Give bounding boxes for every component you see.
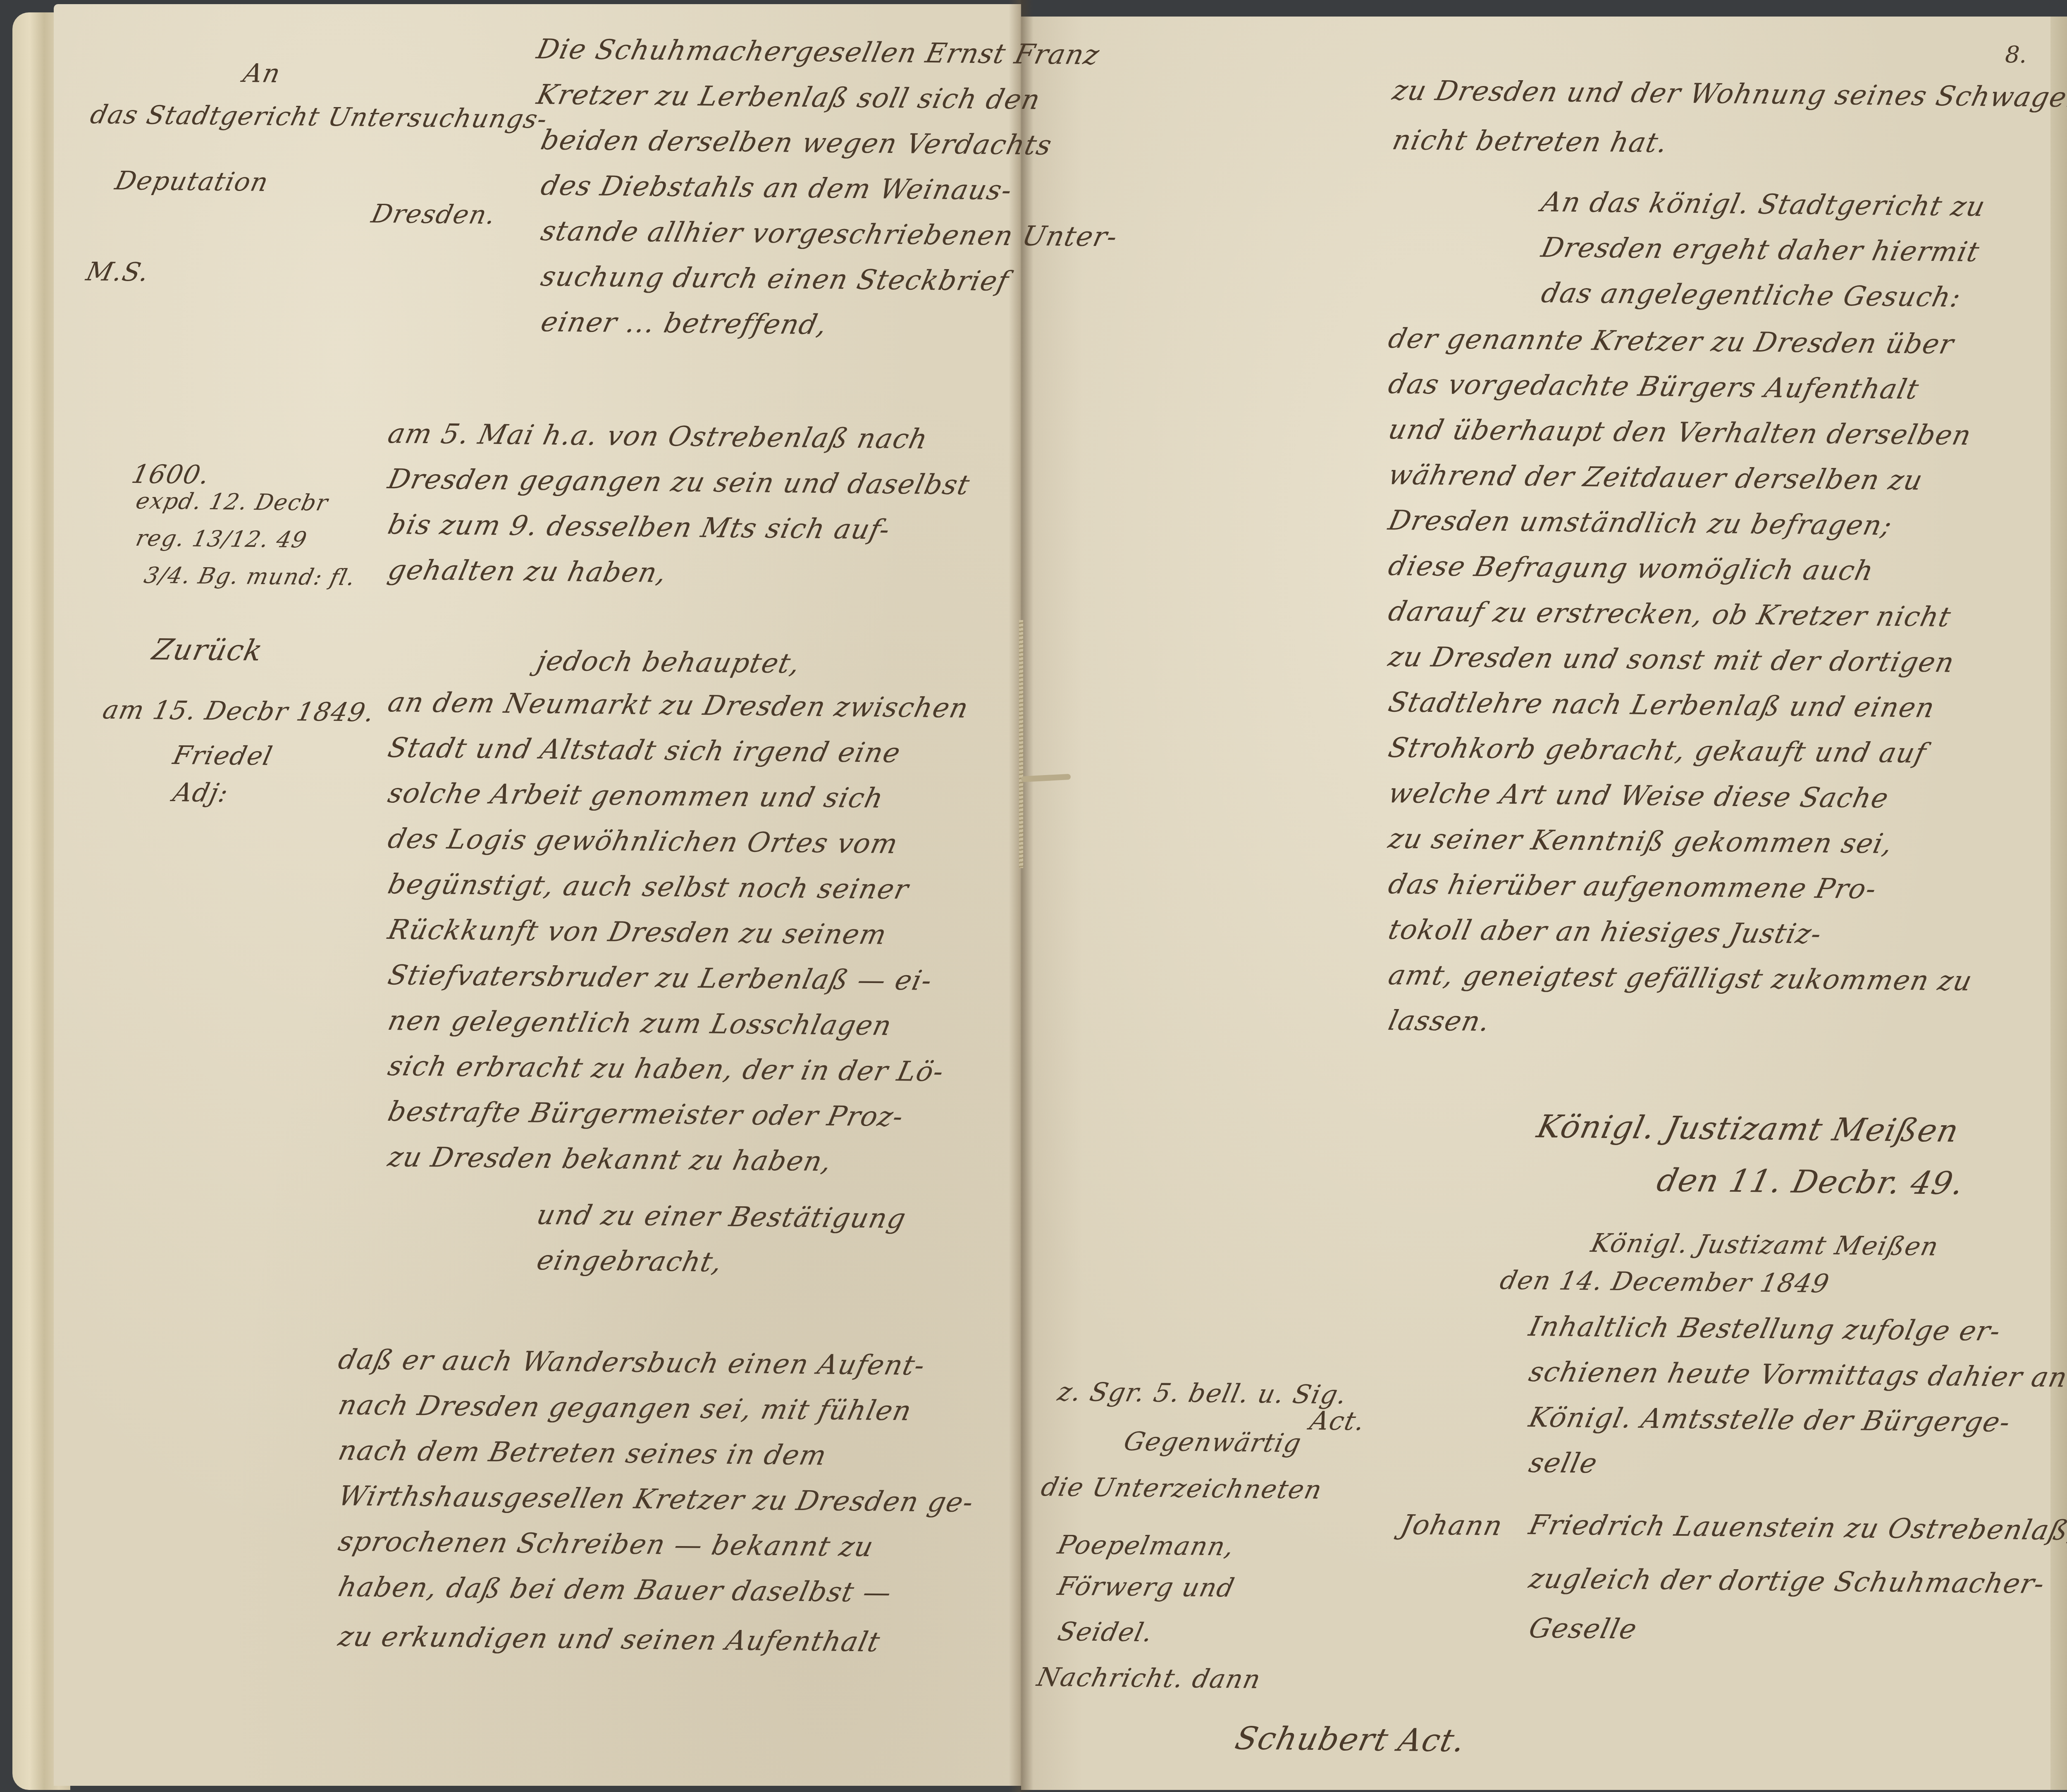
margin-fee-note: 3/4. Bg. mund: fl. xyxy=(142,562,358,590)
right-line: und überhaupt den Verhalten derselben xyxy=(1385,413,1974,451)
margin-place: Dresden. xyxy=(369,198,499,230)
right-line: das hierüber aufgenommene Pro- xyxy=(1385,868,1880,905)
left-line: sprochenen Schreiben — bekannt zu xyxy=(335,1525,877,1563)
left-line: des Diebstahls an dem Weinaus- xyxy=(538,169,1015,206)
closing-line: Königl. Amtsstelle der Bürgerge- xyxy=(1526,1401,2014,1438)
present-heading: Gegenwärtig xyxy=(1121,1426,1305,1458)
left-line: zu erkundigen und seinen Aufenthalt xyxy=(335,1620,883,1658)
right-line: Strohkorb gebracht, gekauft und auf xyxy=(1385,732,1929,769)
center-closing: Nachricht. dann xyxy=(1034,1662,1264,1694)
request-line: Dresden ergeht daher hiermit xyxy=(1538,231,1983,268)
left-line: an dem Neumarkt zu Dresden zwischen xyxy=(385,686,972,724)
margin-reg-note: reg. 13/12. 49 xyxy=(134,525,310,553)
signature-2-office: Königl. Justizamt Meißen xyxy=(1588,1228,1942,1262)
right-line: zu seiner Kenntniß gekommen sei, xyxy=(1385,823,1896,860)
binding-thread xyxy=(1019,620,1023,868)
right-line: darauf zu erstrecken, ob Kretzer nicht xyxy=(1385,595,1954,633)
left-line: daß er auch Wandersbuch einen Aufent- xyxy=(335,1343,928,1382)
clerk-signature: Schubert Act. xyxy=(1232,1720,1469,1759)
signature-2-date: den 14. December 1849 xyxy=(1497,1265,1833,1298)
present-names-2: Förwerg und xyxy=(1055,1571,1238,1603)
left-line: und zu einer Bestätigung xyxy=(534,1199,909,1234)
margin-received: Zurück xyxy=(149,632,267,668)
left-line: nach Dresden gegangen sei, mit fühlen xyxy=(335,1389,915,1427)
margin-number: 1600. xyxy=(129,459,213,490)
margin-received-date: am 15. Decbr 1849. xyxy=(100,694,378,728)
left-line: am 5. Mai h.a. von Ostrebenlaß nach xyxy=(385,418,931,455)
margin-exp-note: expd. 12. Decbr xyxy=(134,488,331,516)
left-line: suchung durch einen Steckbrief xyxy=(538,260,1012,297)
margin-initials-1: Friedel xyxy=(170,740,276,771)
left-line: solche Arbeit genommen und sich xyxy=(385,777,887,814)
left-line: bis zum 9. desselben Mts sich auf- xyxy=(385,508,893,546)
left-line: beiden derselben wegen Verdachts xyxy=(538,124,1055,161)
margin-abbrev: M.S. xyxy=(84,256,153,287)
left-line: Kretzer zu Lerbenlaß soll sich den xyxy=(534,79,1043,116)
margin-address-line1: das Stadtgericht Untersuchungs- xyxy=(88,99,551,134)
left-line: sich erbracht zu haben, der in der Lö- xyxy=(385,1050,947,1088)
final-line: Geselle xyxy=(1526,1612,1640,1645)
margin-address-line2: Deputation xyxy=(112,165,272,197)
request-line: das angelegentliche Gesuch: xyxy=(1538,277,1964,313)
left-line: eingebracht, xyxy=(534,1244,726,1278)
center-note-line: z. Sgr. 5. bell. u. Sig. xyxy=(1055,1377,1351,1410)
left-line: Die Schuhmachergesellen Ernst Franz xyxy=(534,33,1103,71)
left-line: haben, daß bei dem Bauer daselbst — xyxy=(335,1571,895,1608)
left-line: jedoch behauptet, xyxy=(534,645,804,680)
left-line: nen gelegentlich zum Losschlagen xyxy=(385,1005,895,1042)
closing-line: selle xyxy=(1526,1447,1601,1479)
left-line: zu Dresden bekannt zu haben, xyxy=(385,1141,835,1177)
closing-line: Inhaltlich Bestellung zufolge er- xyxy=(1526,1310,2004,1347)
present-names-3: Seidel. xyxy=(1055,1616,1156,1647)
right-line: Stadtlehre nach Lerbenlaß und einen xyxy=(1385,686,1938,724)
left-line: Stadt und Altstadt sich irgend eine xyxy=(385,732,904,769)
request-line: An das königl. Stadtgericht zu xyxy=(1538,186,1988,222)
final-line: zugleich der dortige Schuhmacher- xyxy=(1526,1563,2048,1600)
left-line: gehalten zu haben, xyxy=(385,554,670,589)
right-line: diese Befragung womöglich auch xyxy=(1385,550,1877,587)
center-note-initials: Act. xyxy=(1307,1405,1368,1436)
closing-line: schienen heute Vormittags dahier an xyxy=(1526,1356,2067,1394)
signature-1-date: den 11. Decbr. 49. xyxy=(1654,1162,1968,1202)
final-line: Friedrich Lauenstein zu Ostrebenlaß, xyxy=(1526,1509,2067,1546)
right-line: amt, geneigtest gefälligst zukommen zu xyxy=(1385,959,1976,997)
left-line: des Logis gewöhnlichen Ortes vom xyxy=(385,823,901,860)
left-line: Dresden gegangen zu sein und daselbst xyxy=(385,463,973,501)
right-top-line: nicht betreten hat. xyxy=(1389,124,1671,159)
book-gutter xyxy=(1009,0,1033,1792)
left-line: nach dem Betreten seines in dem xyxy=(335,1434,830,1471)
margin-initials-2: Adj: xyxy=(170,777,232,808)
left-line: Rückkunft von Dresden zu seinem xyxy=(385,914,890,951)
right-line: der genannte Kretzer zu Dresden über xyxy=(1385,322,1957,360)
left-line: begünstigt, auch selbst noch seiner xyxy=(385,868,912,905)
left-line: stande allhier vorgeschriebenen Unter- xyxy=(538,215,1121,253)
right-line: zu Dresden und sonst mit der dortigen xyxy=(1385,641,1957,678)
present-line: die Unterzeichneten xyxy=(1038,1472,1325,1505)
right-line: lassen. xyxy=(1385,1005,1493,1038)
left-line: Stiefvatersbruder zu Lerbenlaß — ei- xyxy=(385,959,936,997)
right-line: während der Zeitdauer derselben zu xyxy=(1385,459,1926,496)
scanned-document: An das Stadtgericht Untersuchungs- Deput… xyxy=(0,0,2067,1792)
left-line: bestrafte Bürgermeister oder Proz- xyxy=(385,1095,907,1133)
left-line: einer ... betreffend, xyxy=(538,306,831,341)
right-line: welche Art und Weise diese Sache xyxy=(1385,777,1892,814)
name-label: Johann xyxy=(1398,1509,1506,1542)
present-names-1: Poepelmann, xyxy=(1055,1530,1238,1561)
left-line: Wirthshausgesellen Kretzer zu Dresden ge… xyxy=(335,1480,977,1518)
margin-address-to: An xyxy=(241,58,284,88)
signature-1-office: Königl. Justizamt Meißen xyxy=(1534,1108,1963,1149)
right-line: das vorgedachte Bürgers Aufenthalt xyxy=(1385,368,1922,405)
right-line: tokoll aber an hiesiges Justiz- xyxy=(1385,914,1825,950)
right-line: Dresden umständlich zu befragen; xyxy=(1385,504,1895,542)
